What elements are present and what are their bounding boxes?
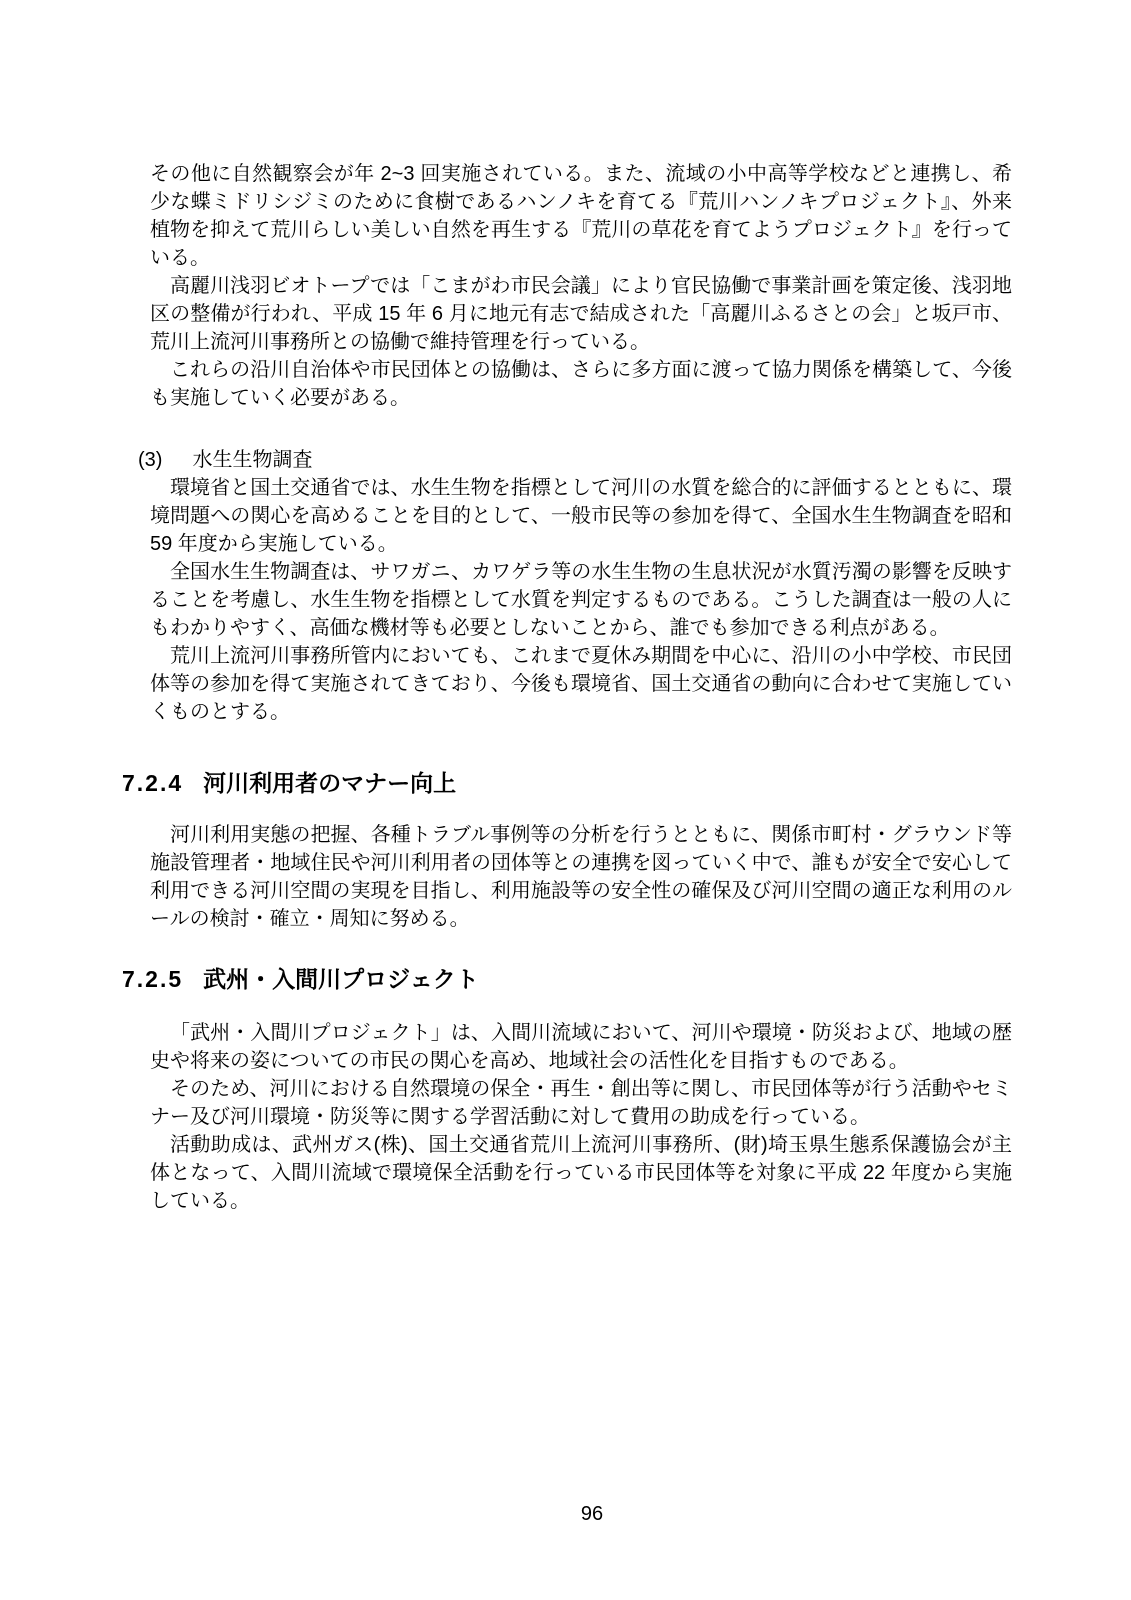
subsection-heading-aquatic-survey: (3)水生生物調査 bbox=[138, 446, 1012, 474]
paragraph-project-overview: 「武州・入間川プロジェクト」は、入間川流域において、河川や環境・防災および、地域… bbox=[150, 1019, 1012, 1075]
page-number: 96 bbox=[150, 1500, 1034, 1528]
paragraph-survey-purpose: 環境省と国土交通省では、水生生物を指標として河川の水質を総合的に評価するとともに… bbox=[150, 474, 1012, 558]
page-content: その他に自然観察会が年 2~3 回実施されている。また、流域の小中高等学校などと… bbox=[150, 160, 1012, 1215]
paragraph-komagawa-biotope: 高麗川浅羽ビオトープでは「こまがわ市民会議」により官民協働で事業計画を策定後、浅… bbox=[150, 272, 1012, 356]
subsection-title: 水生生物調査 bbox=[192, 449, 312, 471]
paragraph-manner-improvement: 河川利用実態の把握、各種トラブル事例等の分析を行うとともに、関係市町村・グラウン… bbox=[150, 821, 1012, 933]
section-number: 7.2.4 bbox=[122, 770, 183, 796]
subsection-number: (3) bbox=[138, 449, 162, 471]
section-title: 武州・入間川プロジェクト bbox=[203, 966, 479, 992]
paragraph-project-sponsors: 活動助成は、武州ガス(株)、国土交通省荒川上流河川事務所、(財)埼玉県生態系保護… bbox=[150, 1131, 1012, 1215]
section-title: 河川利用者のマナー向上 bbox=[203, 770, 456, 796]
section-heading-manner: 7.2.4河川利用者のマナー向上 bbox=[122, 766, 1012, 800]
section-heading-bushu-project: 7.2.5武州・入間川プロジェクト bbox=[122, 962, 1012, 996]
paragraph-survey-method: 全国水生生物調査は、サワガニ、カワゲラ等の水生生物の生息状況が水質汚濁の影響を反… bbox=[150, 558, 1012, 642]
section-number: 7.2.5 bbox=[122, 966, 183, 992]
document-page: その他に自然観察会が年 2~3 回実施されている。また、流域の小中高等学校などと… bbox=[0, 0, 1131, 1600]
paragraph-cooperation-need: これらの沿川自治体や市民団体との協働は、さらに多方面に渡って協力関係を構築して、… bbox=[150, 356, 1012, 412]
paragraph-nature-observation: その他に自然観察会が年 2~3 回実施されている。また、流域の小中高等学校などと… bbox=[150, 160, 1012, 272]
paragraph-survey-implementation: 荒川上流河川事務所管内においても、これまで夏休み期間を中心に、沿川の小中学校、市… bbox=[150, 642, 1012, 726]
paragraph-project-subsidy: そのため、河川における自然環境の保全・再生・創出等に関し、市民団体等が行う活動や… bbox=[150, 1075, 1012, 1131]
